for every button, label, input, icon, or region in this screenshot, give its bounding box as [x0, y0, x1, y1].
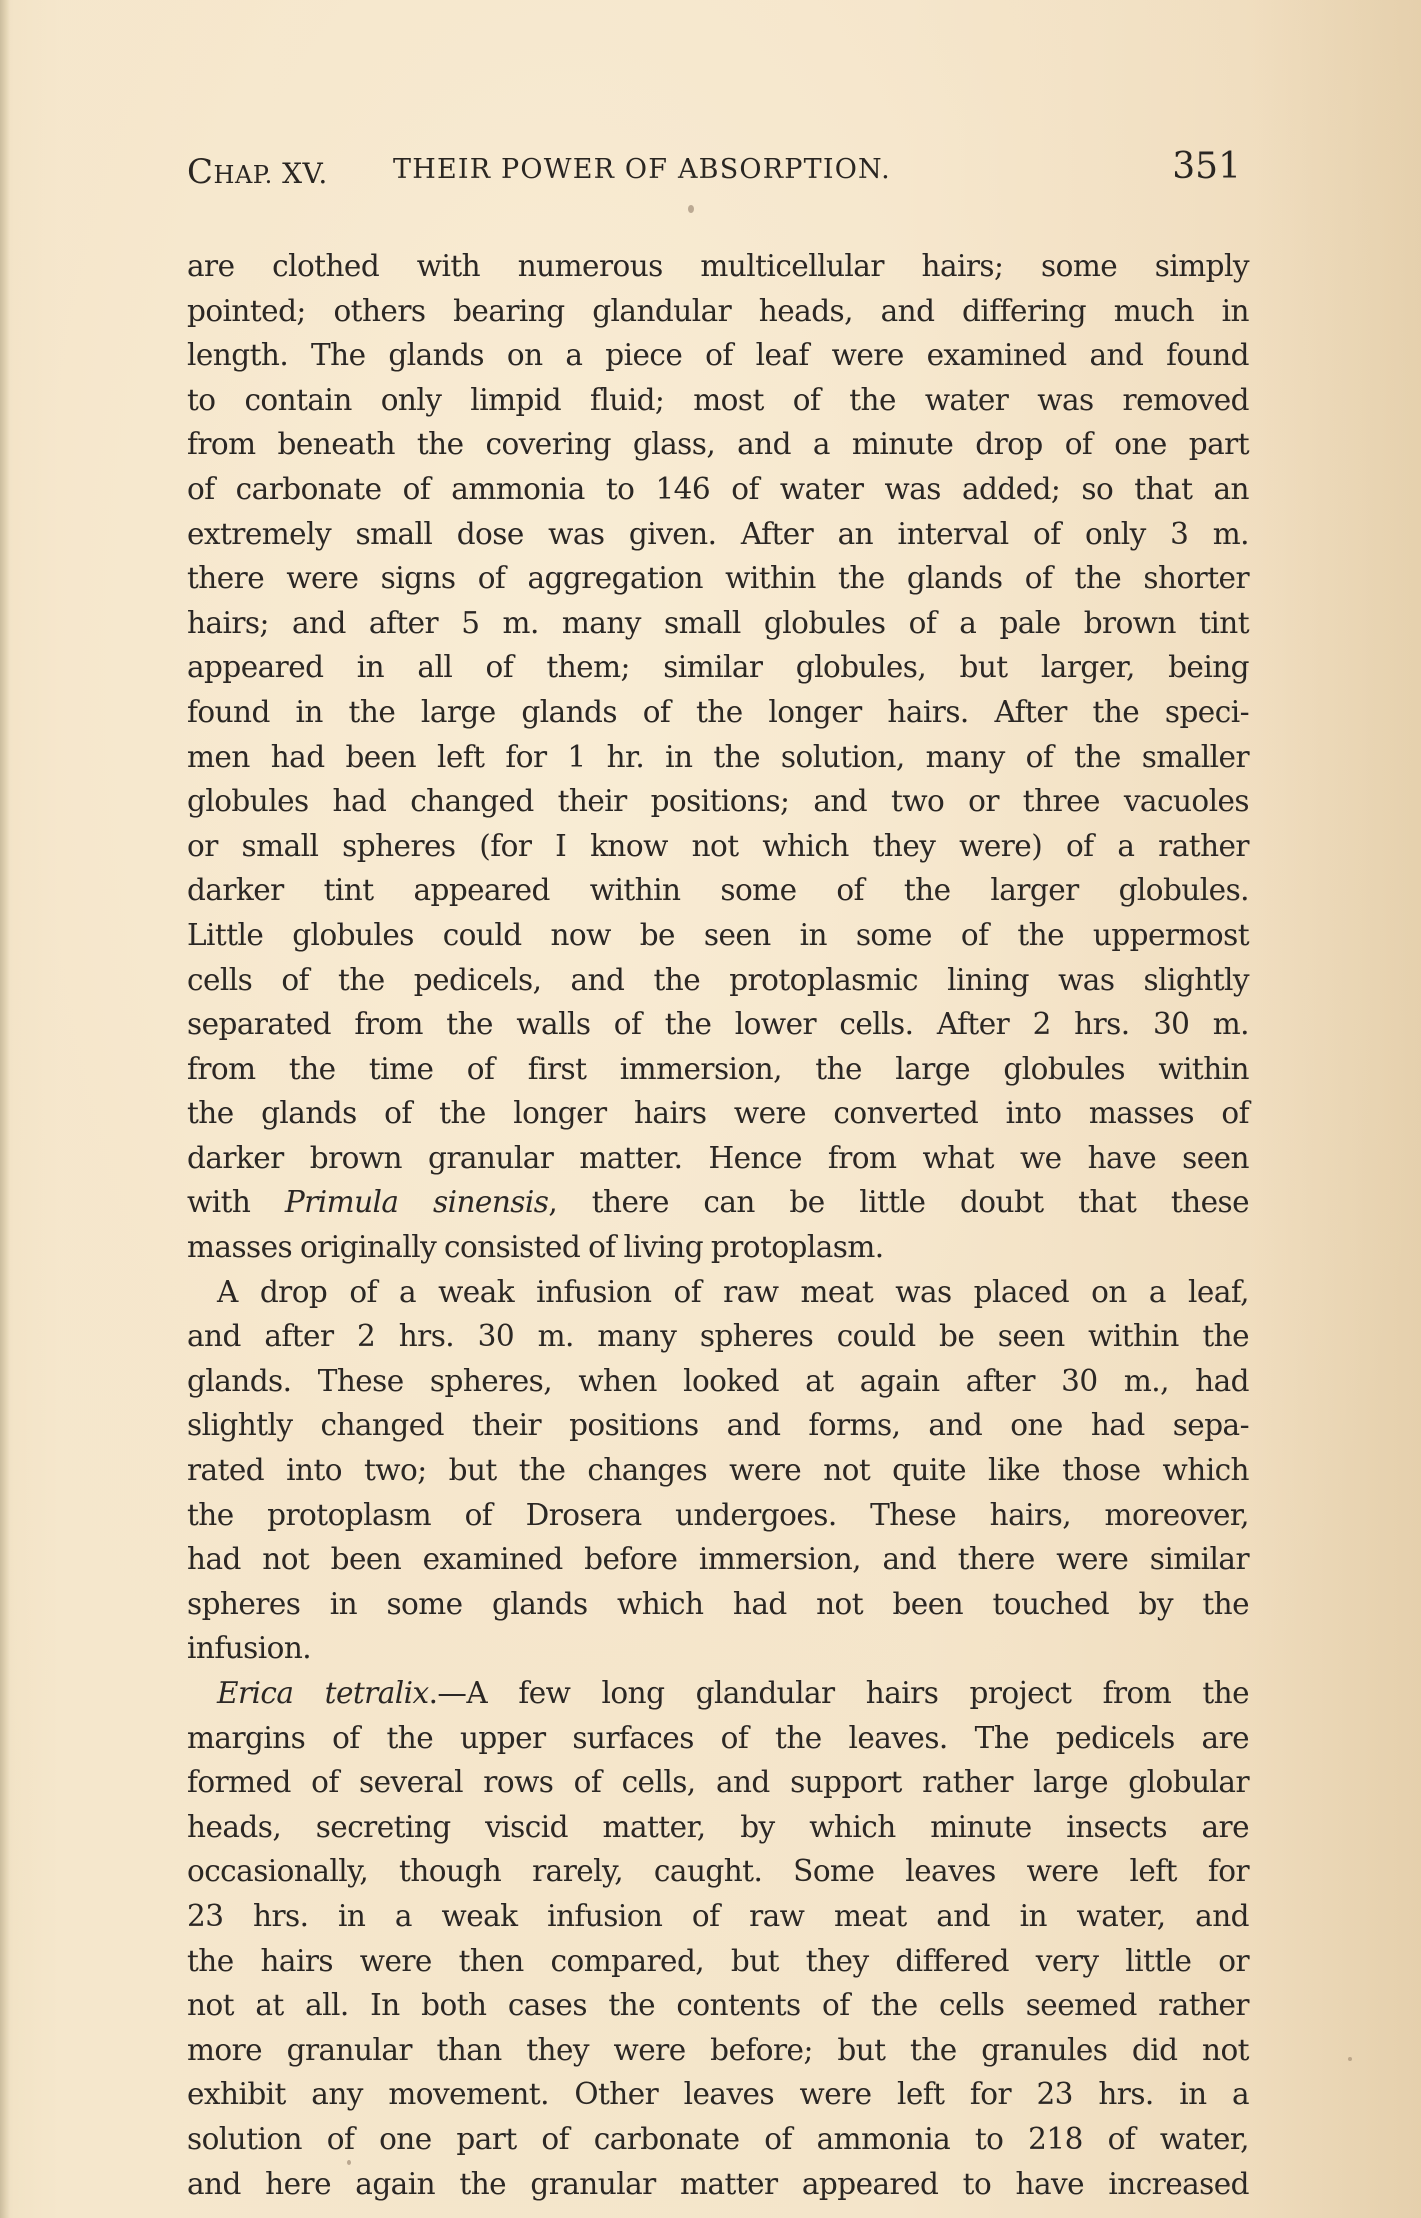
- text-segment: length. The glands on a piece of leaf we…: [187, 338, 1249, 372]
- text-segment: hairs; and after 5 m. many small globule…: [187, 606, 1249, 640]
- text-segment: of carbonate of ammonia to 146 of water …: [187, 472, 1249, 506]
- text-line: 23 hrs. in a weak infusion of raw meat a…: [187, 1894, 1249, 1939]
- italic-species-name: Erica tetralix: [217, 1676, 429, 1710]
- text-line: from beneath the covering glass, and a m…: [187, 422, 1249, 467]
- text-line: not at all. In both cases the contents o…: [187, 1983, 1249, 2028]
- text-line: Erica tetralix.—A few long glandular hai…: [187, 1671, 1249, 1716]
- text-line: Little globules could now be seen in som…: [187, 913, 1249, 958]
- text-segment: exhibit any movement. Other leaves were …: [187, 2077, 1249, 2111]
- text-line: margins of the upper surfaces of the lea…: [187, 1716, 1249, 1761]
- text-segment: infusion.: [187, 1631, 311, 1665]
- text-line: of carbonate of ammonia to 146 of water …: [187, 467, 1249, 512]
- text-segment: masses originally consisted of living pr…: [187, 1230, 884, 1264]
- text-line: men had been left for 1 hr. in the solut…: [187, 735, 1249, 780]
- text-segment: slightly changed their positions and for…: [187, 1408, 1249, 1442]
- text-line: darker tint appeared within some of the …: [187, 868, 1249, 913]
- text-segment: margins of the upper surfaces of the lea…: [187, 1721, 1249, 1755]
- text-segment: darker brown granular matter. Hence from…: [187, 1141, 1249, 1175]
- text-segment: globules had changed their positions; an…: [187, 784, 1249, 818]
- text-segment: and here again the granular matter appea…: [187, 2167, 1249, 2201]
- text-line: more granular than they were before; but…: [187, 2028, 1249, 2073]
- text-line: and after 2 hrs. 30 m. many spheres coul…: [187, 1314, 1249, 1359]
- text-segment: , there can be little doubt that these: [548, 1185, 1249, 1219]
- text-segment: rated into two; but the changes were not…: [187, 1453, 1249, 1487]
- text-line: length. The glands on a piece of leaf we…: [187, 333, 1249, 378]
- text-line: slightly changed their positions and for…: [187, 1403, 1249, 1448]
- text-line: pointed; others bearing glandular heads,…: [187, 289, 1249, 334]
- text-line: or small spheres (for I know not which t…: [187, 824, 1249, 869]
- text-segment: heads, secreting viscid matter, by which…: [187, 1810, 1249, 1844]
- text-segment: the glands of the longer hairs were conv…: [187, 1096, 1249, 1130]
- text-segment: to contain only limpid fluid; most of th…: [187, 383, 1249, 417]
- text-segment: appeared in all of them; similar globule…: [187, 650, 1249, 684]
- text-line: to contain only limpid fluid; most of th…: [187, 378, 1249, 423]
- text-line: spheres in some glands which had not bee…: [187, 1582, 1249, 1627]
- text-segment: .—A few long glandular hairs project fro…: [429, 1676, 1249, 1710]
- chapter-prefix-rest: HAP.: [214, 161, 273, 189]
- text-line: with Primula sinensis, there can be litt…: [187, 1180, 1249, 1225]
- text-segment: extremely small dose was given. After an…: [187, 517, 1249, 551]
- text-segment: A drop of a weak infusion of raw meat wa…: [217, 1275, 1249, 1309]
- text-segment: or small spheres (for I know not which t…: [187, 829, 1249, 863]
- paper-speck: [688, 205, 694, 213]
- text-line: the glands of the longer hairs were conv…: [187, 1091, 1249, 1136]
- text-segment: solution of one part of carbonate of amm…: [187, 2122, 1249, 2156]
- text-line: there were signs of aggregation within t…: [187, 556, 1249, 601]
- text-line: hairs; and after 5 m. many small globule…: [187, 601, 1249, 646]
- text-segment: the protoplasm of Drosera undergoes. The…: [187, 1498, 1249, 1532]
- text-segment: from the time of first immersion, the la…: [187, 1052, 1249, 1086]
- text-line: cells of the pedicels, and the protoplas…: [187, 958, 1249, 1003]
- text-segment: from beneath the covering glass, and a m…: [187, 427, 1249, 461]
- chapter-number: XV.: [282, 157, 328, 190]
- text-line: had not been examined before immersion, …: [187, 1537, 1249, 1582]
- text-line: appeared in all of them; similar globule…: [187, 645, 1249, 690]
- text-line: A drop of a weak infusion of raw meat wa…: [187, 1270, 1249, 1315]
- text-line: masses originally consisted of living pr…: [187, 1225, 1249, 1270]
- text-line: occasionally, though rarely, caught. Som…: [187, 1849, 1249, 1894]
- text-line: solution of one part of carbonate of amm…: [187, 2117, 1249, 2162]
- text-segment: formed of several rows of cells, and sup…: [187, 1765, 1249, 1799]
- chapter-label: CHAP. XV.: [187, 152, 328, 192]
- text-line: exhibit any movement. Other leaves were …: [187, 2072, 1249, 2117]
- book-page: CHAP. XV. THEIR POWER OF ABSORPTION. 351…: [0, 0, 1421, 2218]
- text-line: rated into two; but the changes were not…: [187, 1448, 1249, 1493]
- text-segment: darker tint appeared within some of the …: [187, 873, 1249, 907]
- text-segment: spheres in some glands which had not bee…: [187, 1587, 1249, 1621]
- italic-species-name: Primula sinensis: [285, 1185, 548, 1219]
- text-line: and here again the granular matter appea…: [187, 2162, 1249, 2207]
- text-segment: there were signs of aggregation within t…: [187, 561, 1249, 595]
- text-segment: men had been left for 1 hr. in the solut…: [187, 740, 1249, 774]
- text-segment: 23 hrs. in a weak infusion of raw meat a…: [187, 1899, 1249, 1933]
- text-line: separated from the walls of the lower ce…: [187, 1002, 1249, 1047]
- text-line: are clothed with numerous multicellular …: [187, 244, 1249, 289]
- text-line: formed of several rows of cells, and sup…: [187, 1760, 1249, 1805]
- text-line: extremely small dose was given. After an…: [187, 512, 1249, 557]
- text-segment: found in the large glands of the longer …: [187, 695, 1249, 729]
- text-line: glands. These spheres, when looked at ag…: [187, 1359, 1249, 1404]
- text-segment: occasionally, though rarely, caught. Som…: [187, 1854, 1249, 1888]
- running-title: THEIR POWER OF ABSORPTION.: [393, 154, 891, 185]
- paper-speck: [1348, 2057, 1352, 2061]
- text-line: found in the large glands of the longer …: [187, 690, 1249, 735]
- text-line: infusion.: [187, 1626, 1249, 1671]
- text-segment: pointed; others bearing glandular heads,…: [187, 294, 1249, 328]
- text-line: globules had changed their positions; an…: [187, 779, 1249, 824]
- text-line: from the time of first immersion, the la…: [187, 1047, 1249, 1092]
- text-segment: cells of the pedicels, and the protoplas…: [187, 963, 1249, 997]
- text-segment: had not been examined before immersion, …: [187, 1542, 1249, 1576]
- text-segment: more granular than they were before; but…: [187, 2033, 1249, 2067]
- text-line: the hairs were then compared, but they d…: [187, 1939, 1249, 1984]
- text-line: the protoplasm of Drosera undergoes. The…: [187, 1493, 1249, 1538]
- text-segment: and after 2 hrs. 30 m. many spheres coul…: [187, 1319, 1249, 1353]
- body-text: are clothed with numerous multicellular …: [187, 244, 1249, 2206]
- text-line: darker brown granular matter. Hence from…: [187, 1136, 1249, 1181]
- text-segment: Little globules could now be seen in som…: [187, 918, 1249, 952]
- text-line: heads, secreting viscid matter, by which…: [187, 1805, 1249, 1850]
- text-segment: separated from the walls of the lower ce…: [187, 1007, 1249, 1041]
- text-segment: with: [187, 1185, 285, 1219]
- page-number: 351: [1172, 146, 1241, 187]
- running-head: CHAP. XV. THEIR POWER OF ABSORPTION. 351: [187, 140, 1249, 200]
- text-segment: not at all. In both cases the contents o…: [187, 1988, 1249, 2022]
- text-segment: are clothed with numerous multicellular …: [187, 249, 1249, 283]
- text-segment: the hairs were then compared, but they d…: [187, 1944, 1249, 1978]
- text-segment: glands. These spheres, when looked at ag…: [187, 1364, 1249, 1398]
- chapter-prefix-initial: C: [187, 152, 214, 192]
- paper-speck: [347, 2160, 351, 2165]
